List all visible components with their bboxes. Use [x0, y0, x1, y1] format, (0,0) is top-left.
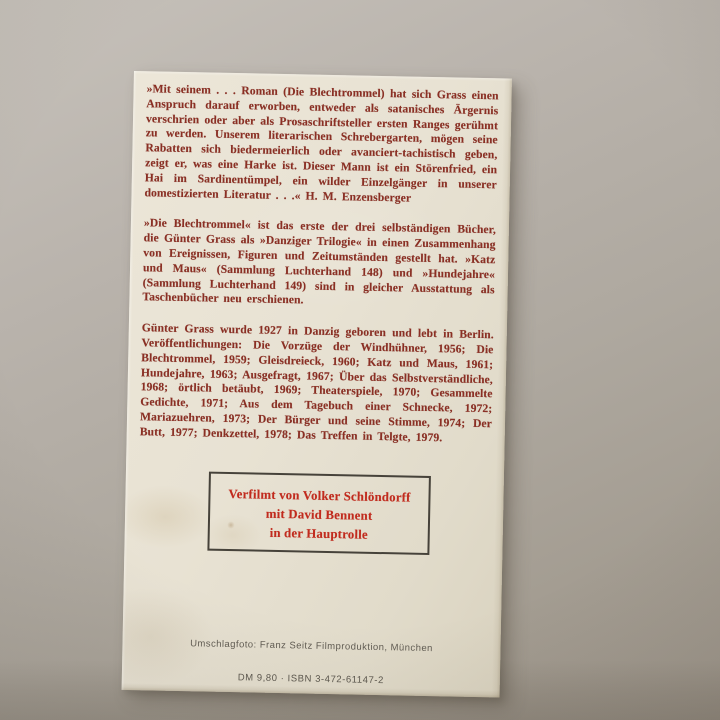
cover-photo-credit: Umschlagfoto: Franz Seitz Filmproduktion… — [122, 637, 500, 657]
film-box-line-3: in der Hauptrolle — [210, 523, 428, 546]
price-and-isbn: DM 9,80 · ISBN 3-472-61147-2 — [122, 670, 500, 690]
film-adaptation-box: Verfilmt von Volker Schlöndorff mit Davi… — [207, 472, 431, 555]
back-cover-text-block: »Mit seinem . . . Roman (Die Blechtromme… — [140, 82, 499, 447]
danzig-trilogy-paragraph: »Die Blechtrommel« ist das erste der dre… — [142, 217, 496, 313]
photo-background: »Mit seinem . . . Roman (Die Blechtromme… — [0, 0, 720, 720]
review-quote-paragraph: »Mit seinem . . . Roman (Die Blechtromme… — [144, 82, 498, 207]
book-back-cover: »Mit seinem . . . Roman (Die Blechtromme… — [122, 71, 512, 697]
author-biography-paragraph: Günter Grass wurde 1927 in Danzig gebore… — [140, 321, 494, 446]
